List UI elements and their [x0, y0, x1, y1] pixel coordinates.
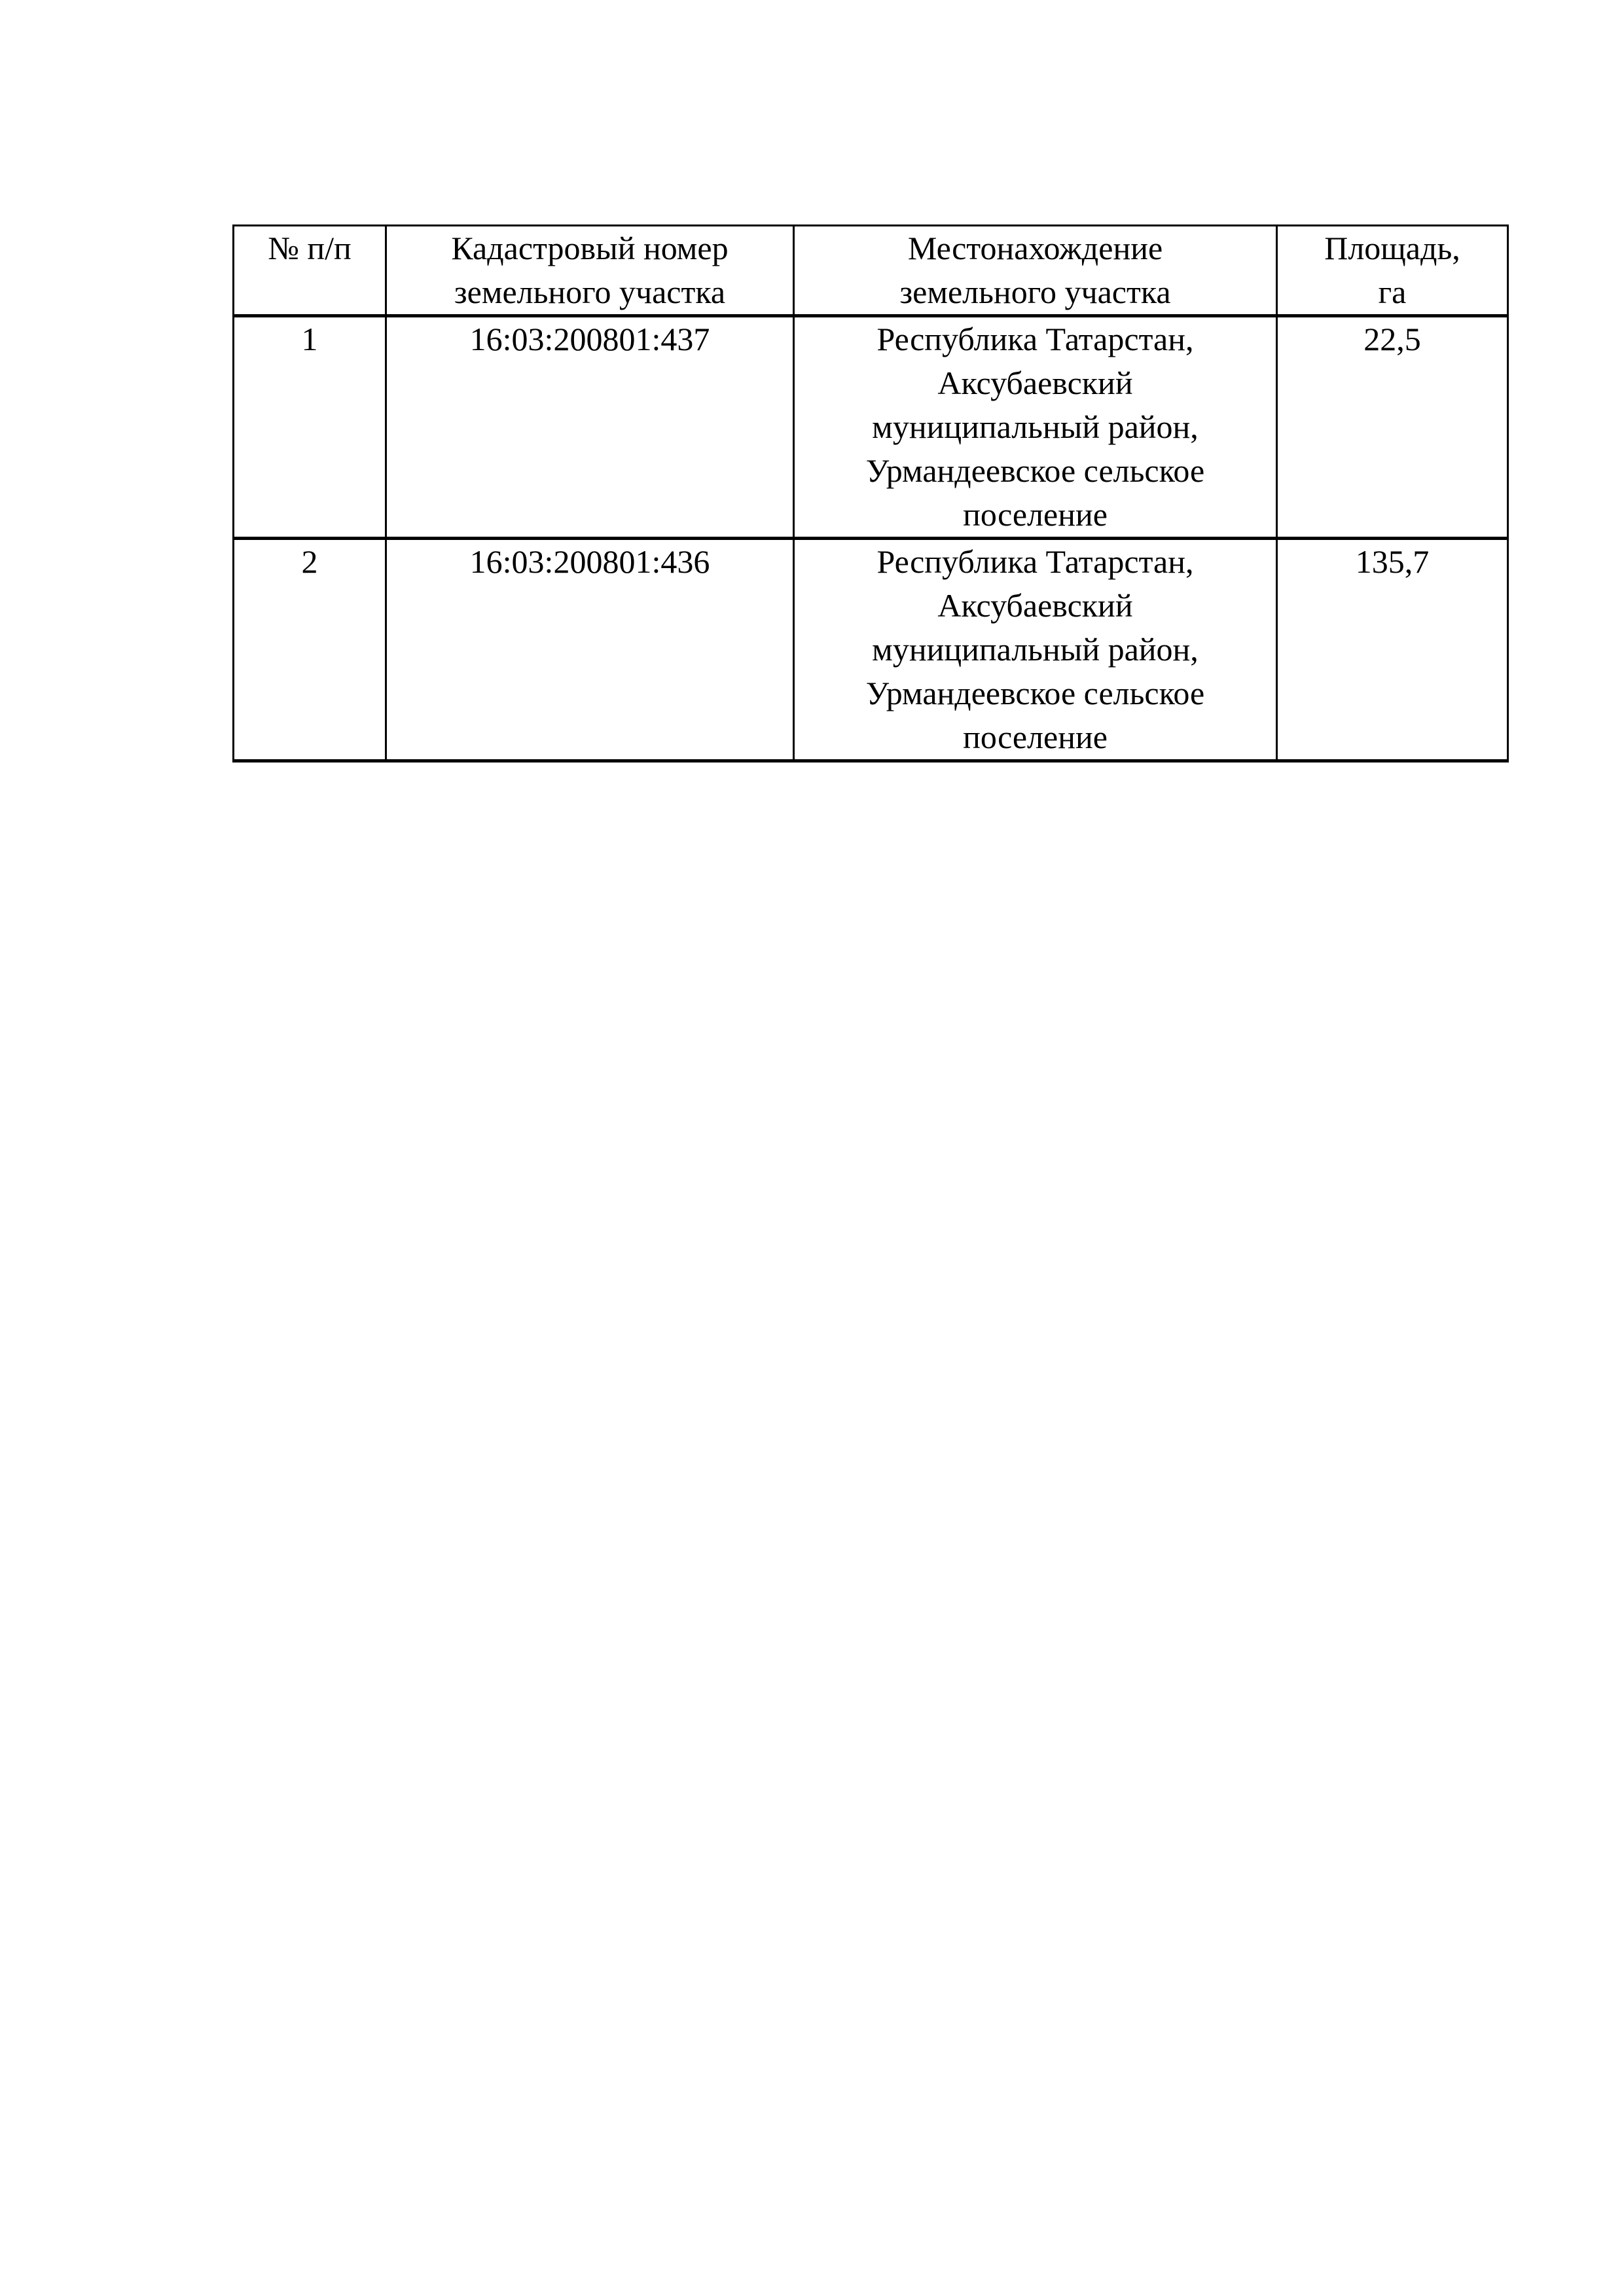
location-line: Республика Татарстан,	[800, 540, 1271, 584]
location-line: Аксубаевский	[800, 584, 1271, 628]
location-line: муниципальный район,	[800, 405, 1271, 449]
area: 135,7	[1277, 539, 1508, 761]
location-line: поселение	[800, 715, 1271, 759]
row-number: 1	[234, 316, 386, 539]
header-area: Площадь, га	[1277, 226, 1508, 316]
cadastral-number: 16:03:200801:436	[386, 539, 794, 761]
header-location-line-2: земельного участка	[800, 270, 1271, 314]
location-line: поселение	[800, 493, 1271, 537]
location-line: Урмандеевское сельское	[800, 672, 1271, 715]
location-line: Аксубаевский	[800, 361, 1271, 405]
table-row: 2 16:03:200801:436 Республика Татарстан,…	[234, 539, 1508, 761]
location-line: Республика Татарстан,	[800, 317, 1271, 361]
header-cadastral-line-1: Кадастровый номер	[392, 226, 787, 270]
location: Республика Татарстан, Аксубаевский муниц…	[794, 316, 1277, 539]
area: 22,5	[1277, 316, 1508, 539]
header-location-line-1: Местонахождение	[800, 226, 1271, 270]
row-number: 2	[234, 539, 386, 761]
location: Республика Татарстан, Аксубаевский муниц…	[794, 539, 1277, 761]
land-plots-table: № п/п Кадастровый номер земельного участ…	[232, 224, 1509, 762]
header-location: Местонахождение земельного участка	[794, 226, 1277, 316]
header-number-text: № п/п	[240, 226, 380, 270]
header-number: № п/п	[234, 226, 386, 316]
table-row: 1 16:03:200801:437 Республика Татарстан,…	[234, 316, 1508, 539]
cadastral-number: 16:03:200801:437	[386, 316, 794, 539]
header-area-line-2: га	[1283, 270, 1502, 314]
location-line: муниципальный район,	[800, 628, 1271, 672]
document-page: № п/п Кадастровый номер земельного участ…	[0, 0, 1624, 2296]
location-line: Урмандеевское сельское	[800, 449, 1271, 493]
table-header-row: № п/п Кадастровый номер земельного участ…	[234, 226, 1508, 316]
header-area-line-1: Площадь,	[1283, 226, 1502, 270]
header-cadastral-number: Кадастровый номер земельного участка	[386, 226, 794, 316]
header-cadastral-line-2: земельного участка	[392, 270, 787, 314]
